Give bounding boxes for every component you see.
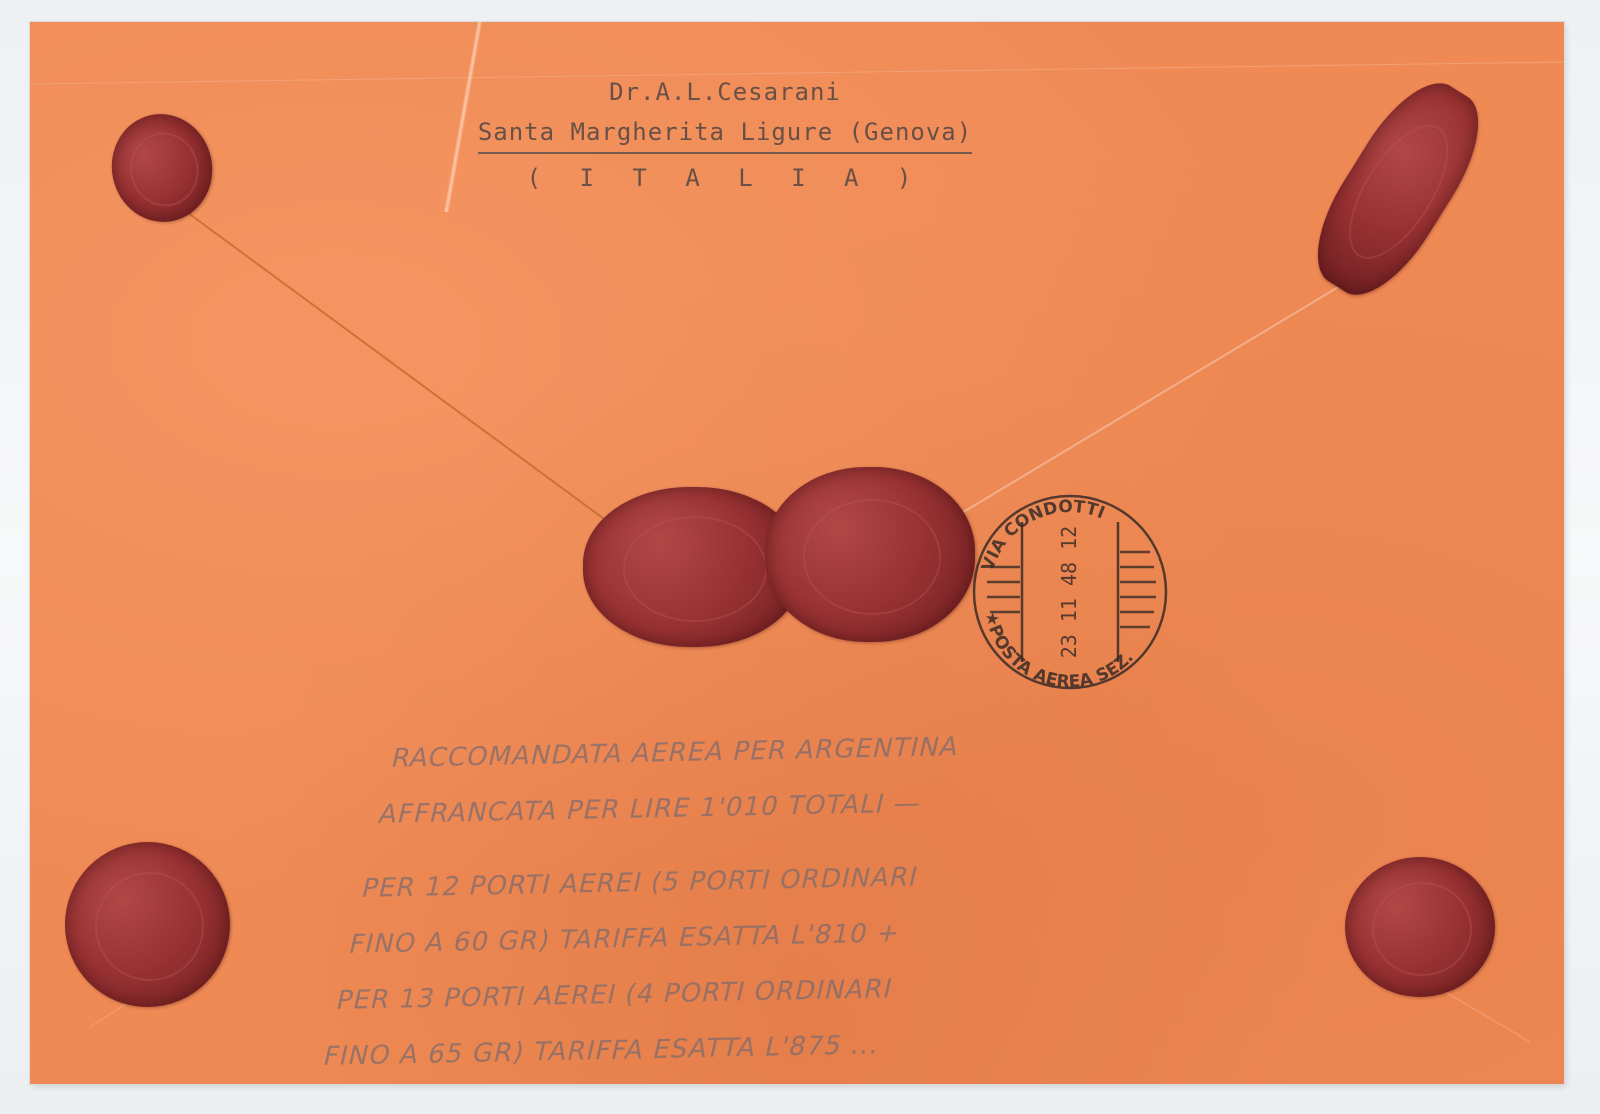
sender-country: ( I T A L I A ) <box>385 158 1065 198</box>
wax-seal-bottom-right <box>1345 857 1495 997</box>
postmark-stamp: VIA CONDOTTI ★POSTA AEREA SEZ. 23 11 48 … <box>960 482 1180 702</box>
sender-city: Santa Margherita Ligure (Genova) <box>478 112 972 154</box>
postmark-icon: VIA CONDOTTI ★POSTA AEREA SEZ. 23 11 48 … <box>960 482 1180 702</box>
postmark-top-text: VIA CONDOTTI <box>978 497 1107 574</box>
postmark-date: 23 11 48 12 <box>1057 526 1081 658</box>
svg-text:VIA CONDOTTI: VIA CONDOTTI <box>978 497 1107 574</box>
wax-seal-bottom-left <box>65 842 230 1007</box>
wax-seal-center-right <box>765 467 975 642</box>
return-address: Dr.A.L.Cesarani Santa Margherita Ligure … <box>385 72 1065 198</box>
sender-name: Dr.A.L.Cesarani <box>385 72 1065 112</box>
pencil-annotation: RACCOMANDATA AEREA PER ARGENTINA AFFRANC… <box>317 713 1252 1085</box>
envelope-back: Dr.A.L.Cesarani Santa Margherita Ligure … <box>30 22 1564 1084</box>
